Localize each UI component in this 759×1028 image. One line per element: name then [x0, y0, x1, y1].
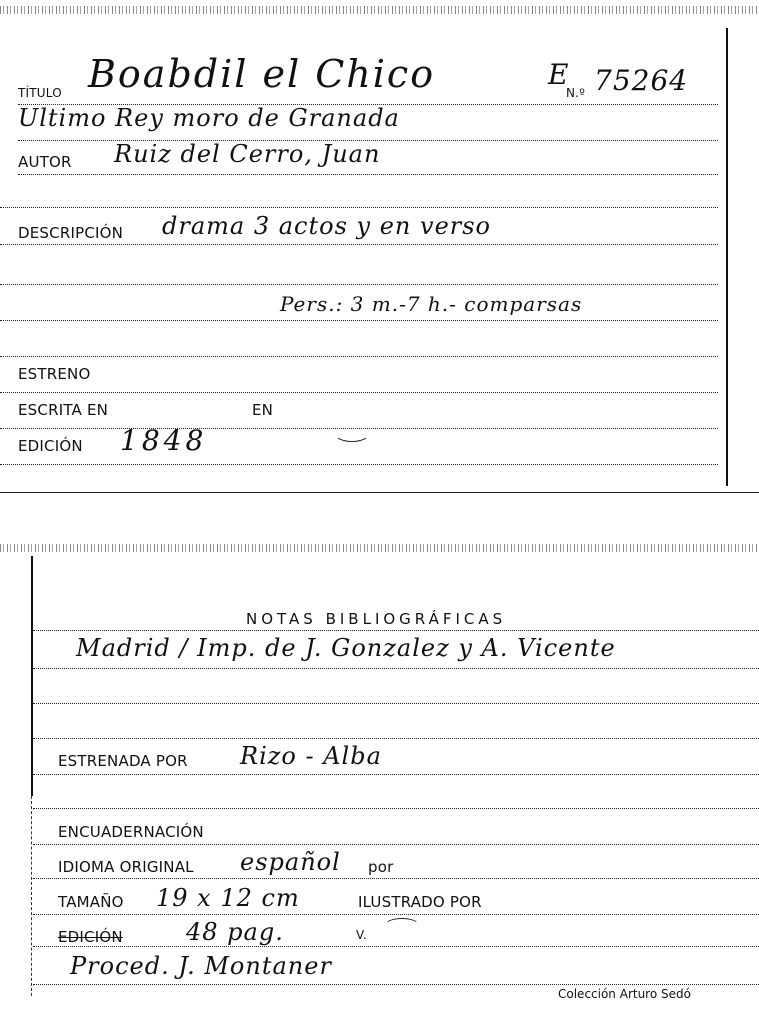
titulo-value: Boabdil el Chico [88, 52, 435, 96]
blank-line-2 [0, 284, 718, 285]
estrenada-line [33, 774, 759, 775]
paginas-value: 48 pag. [186, 918, 284, 946]
autor-label: AUTOR [18, 153, 72, 171]
ink-mark [334, 424, 370, 442]
autor-line [18, 174, 718, 175]
blank-line-3 [0, 356, 718, 357]
personajes-value: Pers.: 3 m.-7 h.- comparsas [280, 292, 582, 316]
notas-line-3 [33, 703, 759, 704]
encuadernacion-line [33, 844, 759, 845]
edicion-bottom-line [33, 946, 759, 947]
por-label: por [368, 858, 393, 876]
edicion-line [0, 464, 718, 465]
personajes-line [0, 320, 718, 321]
card-bottom-left-border [31, 556, 33, 796]
blank-line-4 [33, 808, 759, 809]
card-top-edge [0, 6, 759, 14]
card-bottom-left-border-dashed [31, 796, 32, 996]
v-label: V. [356, 928, 367, 942]
idioma-line [33, 878, 759, 879]
numero-value: 75264 [594, 64, 688, 97]
estreno-line [0, 392, 718, 393]
card-top-bottom-edge [0, 492, 759, 493]
descripcion-line [0, 244, 718, 245]
edicion-bottom-label: EDICIÓN [58, 928, 123, 946]
idioma-value: español [240, 848, 341, 876]
autor-value: Ruiz del Cerro, Juan [114, 140, 380, 168]
notas-value: Madrid / Imp. de J. Gonzalez y A. Vicent… [76, 634, 616, 662]
encuadernacion-label: ENCUADERNACIÓN [58, 823, 204, 841]
tamano-line [33, 914, 759, 915]
notas-line-4 [33, 738, 759, 739]
card-bottom-edge [0, 544, 759, 552]
tamano-label: TAMAÑO [58, 893, 124, 911]
ilustrado-label: ILUSTRADO POR [358, 893, 482, 911]
titulo-label: TÍTULO [18, 86, 62, 100]
notas-line-1 [33, 630, 759, 631]
coleccion-label: Colección Arturo Sedó [558, 987, 691, 1001]
estrenada-por-label: ESTRENADA POR [58, 752, 188, 770]
escrita-en-label: ESCRITA EN [18, 401, 108, 419]
descripcion-label: DESCRIPCIÓN [18, 224, 123, 242]
edicion-value: 1848 [120, 424, 207, 457]
tamano-value: 19 x 12 cm [156, 884, 300, 912]
estrenada-por-value: Rizo - Alba [240, 742, 382, 770]
notas-line-2 [33, 668, 759, 669]
card-top-right-border [726, 28, 728, 486]
subtitle-value: Ultimo Rey moro de Granada [18, 104, 400, 132]
idioma-label: IDIOMA ORIGINAL [58, 858, 194, 876]
blank-line-1 [0, 207, 718, 208]
numero-label: N.º [566, 86, 585, 100]
procedencia-value: Proced. J. Montaner [70, 952, 332, 980]
en-label: EN [252, 401, 273, 419]
edicion-label: EDICIÓN [18, 437, 83, 455]
ink-mark-2 [384, 918, 420, 934]
descripcion-value: drama 3 actos y en verso [162, 212, 491, 240]
procedencia-line [33, 984, 759, 985]
notas-heading: NOTAS BIBLIOGRÁFICAS [246, 610, 506, 628]
estreno-label: ESTRENO [18, 365, 91, 383]
